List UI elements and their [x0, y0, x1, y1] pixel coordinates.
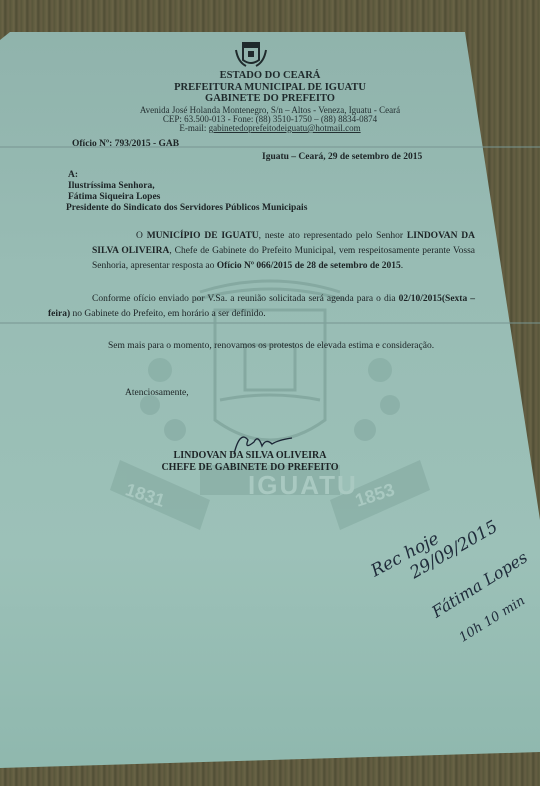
letterhead-office: GABINETE DO PREFEITO	[60, 93, 480, 104]
signatory-name: LINDOVAN DA SILVA OLIVEIRA	[0, 450, 520, 461]
email-label: E-mail:	[179, 123, 208, 133]
watermark-year-right: 1853	[353, 479, 398, 511]
emphasized-text: Ofício Nº 066/2015 de 28 de setembro de …	[217, 261, 401, 271]
recipient-title: Presidente do Sindicato dos Servidores P…	[66, 203, 307, 213]
letterhead-prefecture: PREFEITURA MUNICIPAL DE IGUATU	[60, 82, 480, 93]
signatory-role: CHEFE DE GABINETE DO PREFEITO	[0, 462, 520, 473]
recipient-salutation: Ilustríssima Senhora,	[68, 181, 155, 191]
body-paragraph-1: O MUNICÍPIO DE IGUATU, neste ato represe…	[48, 229, 475, 274]
text-run: .	[401, 261, 403, 271]
municipal-coat-of-arms-icon	[232, 40, 270, 70]
letterhead-email-line: E-mail: gabinetedoprefeitodeiguatu@hotma…	[60, 123, 480, 133]
place-date: Iguatu – Ceará, 29 de setembro de 2015	[262, 152, 422, 162]
emphasized-text: MUNICÍPIO DE IGUATU	[147, 231, 259, 241]
email-link[interactable]: gabinetedoprefeitodeiguatu@hotmail.com	[209, 123, 361, 133]
watermark-city: IGUATU	[248, 470, 358, 501]
oficio-number: Ofício Nº: 793/2015 - GAB	[72, 139, 179, 149]
watermark-year-left: 1831	[123, 479, 168, 511]
recipient-to-label: A:	[68, 170, 78, 180]
letterhead-state: ESTADO DO CEARÁ	[60, 70, 480, 81]
text-run: Conforme ofício enviado por V.Sa. a reun…	[92, 294, 399, 304]
closing: Atenciosamente,	[125, 388, 189, 398]
body-paragraph-2: Conforme ofício enviado por V.Sa. a reun…	[48, 292, 475, 322]
body-paragraph-3: Sem mais para o momento, renovamos os pr…	[48, 339, 475, 354]
text-run: O	[136, 231, 147, 241]
recipient-name: Fátima Siqueira Lopes	[68, 192, 160, 202]
text-run: , neste ato representado pelo Senhor	[259, 231, 407, 241]
text-run: no Gabinete do Prefeito, em horário a se…	[70, 309, 265, 319]
